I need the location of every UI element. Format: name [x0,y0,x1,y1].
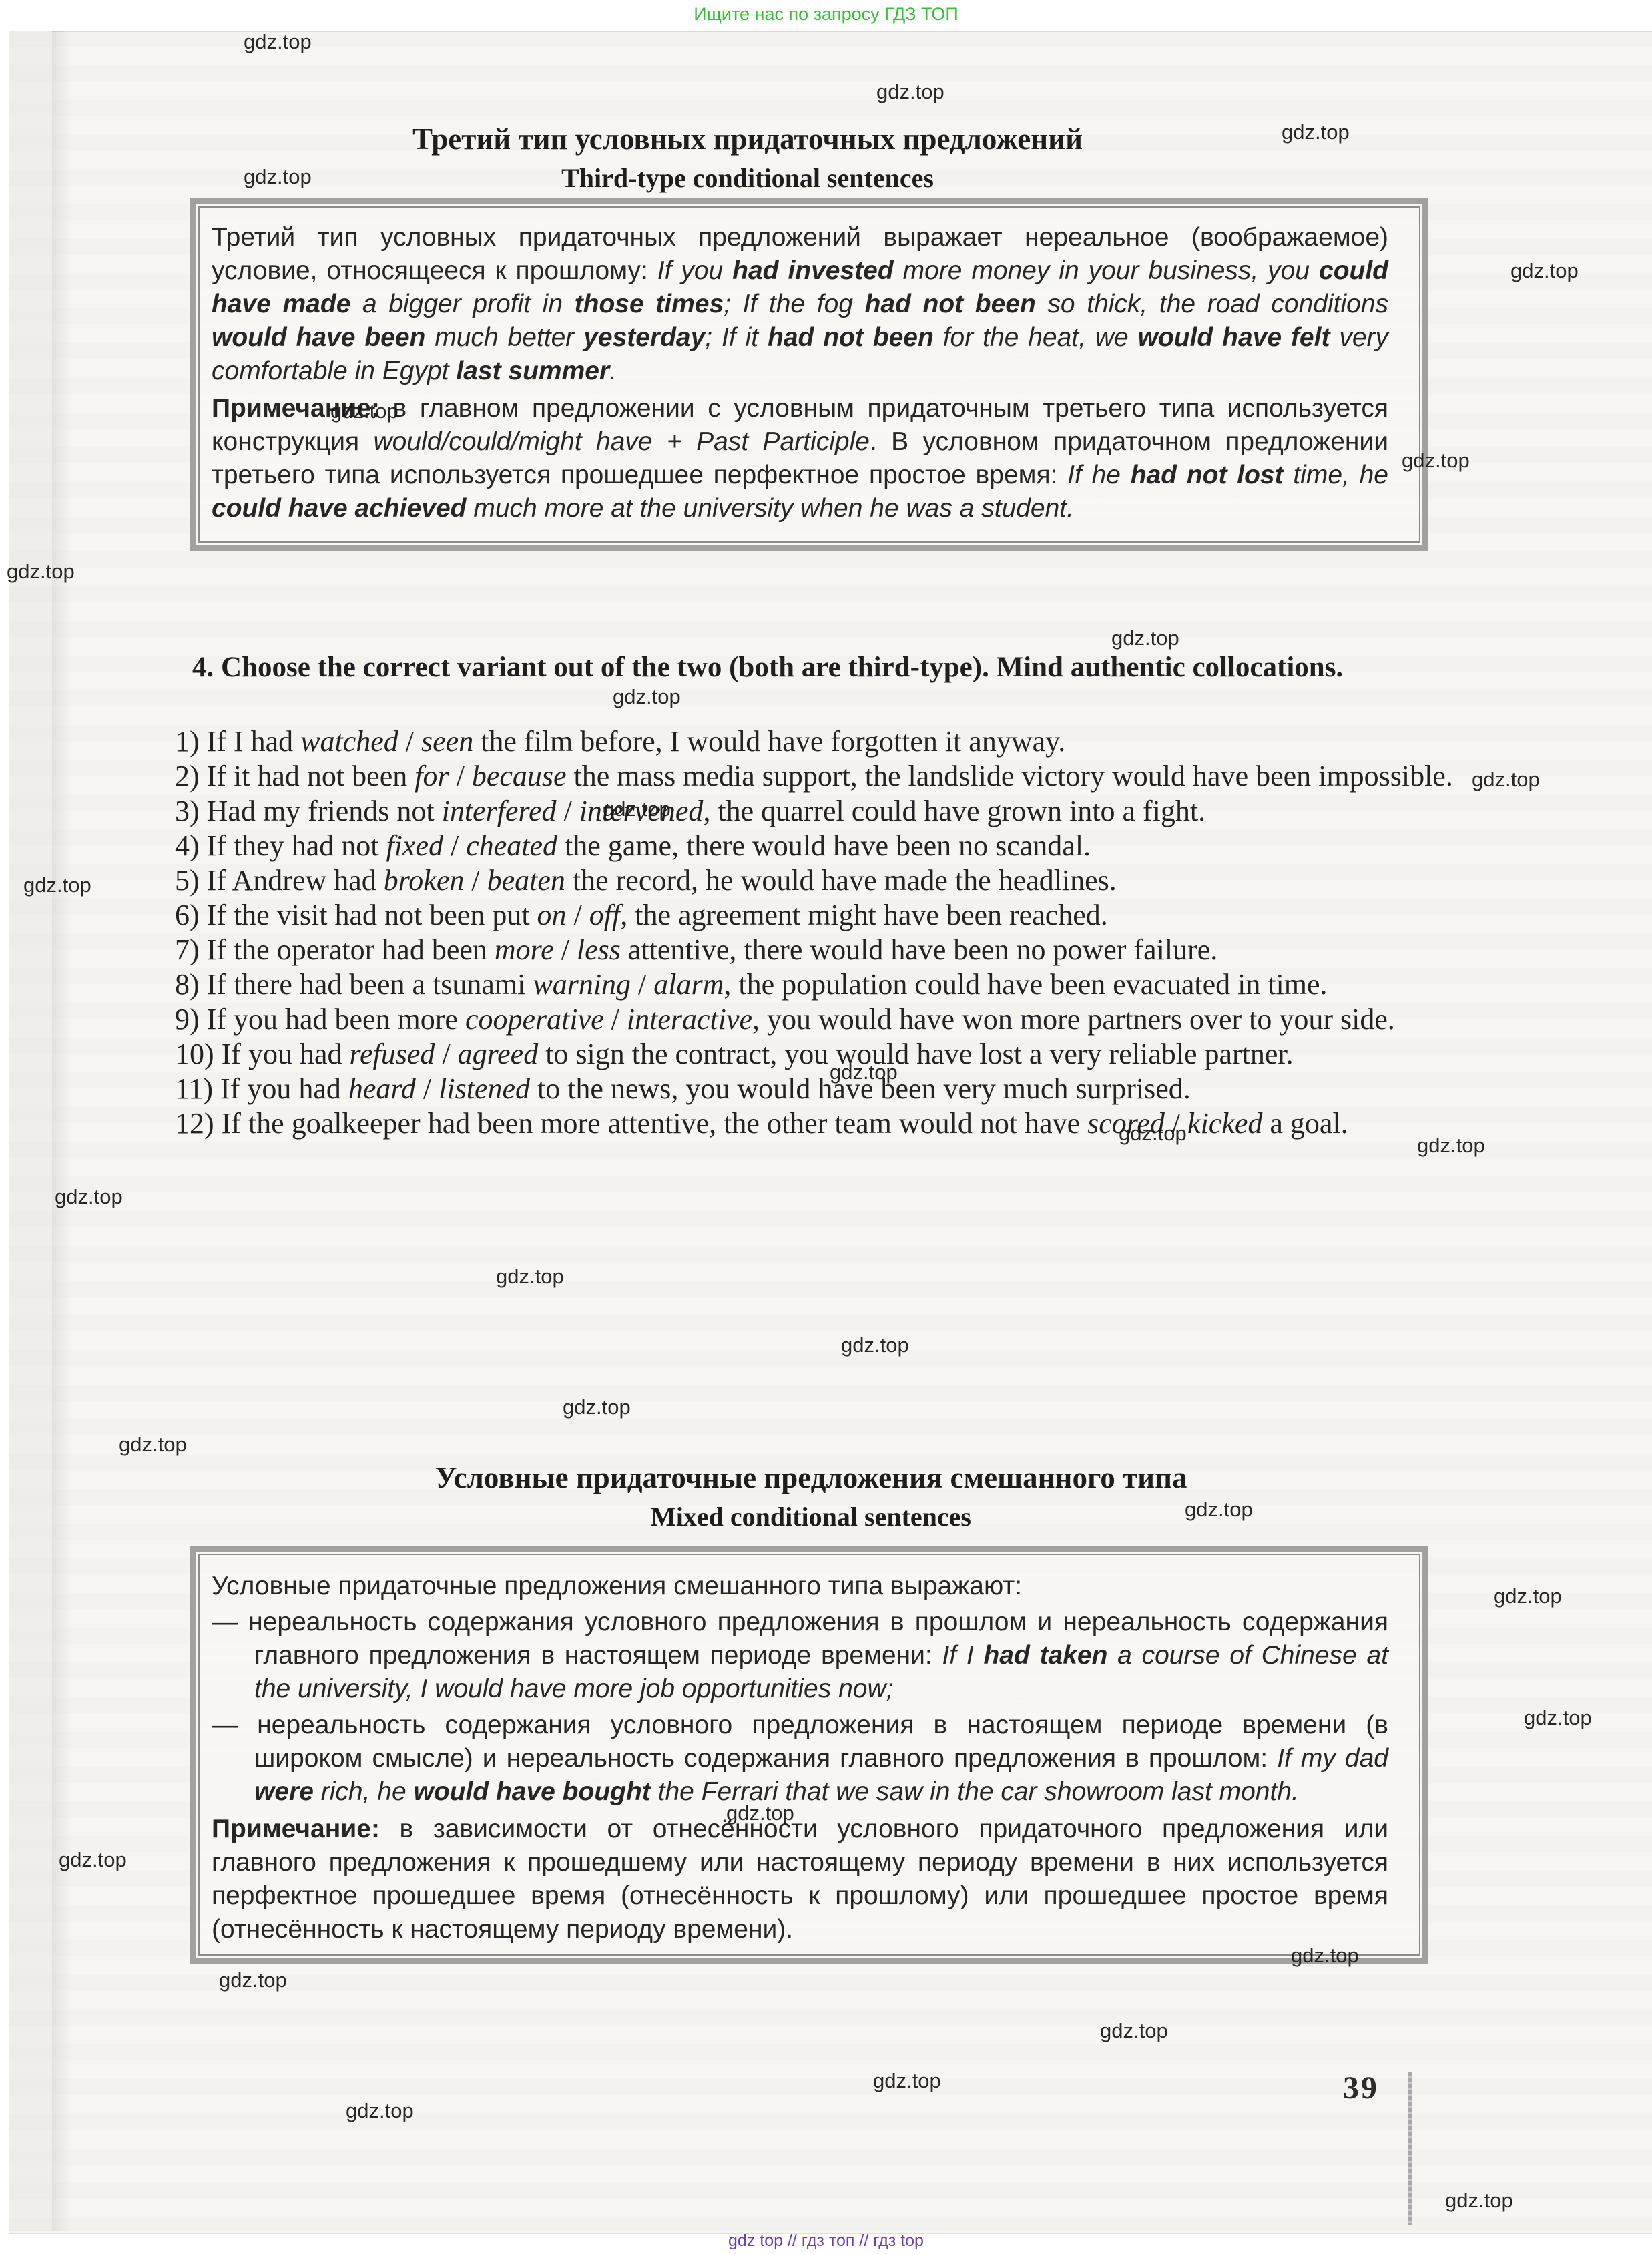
exercise-item: 10) If you had refused / agreed to sign … [175,1037,1476,1072]
gdz-watermark: gdz.top [1524,1706,1592,1730]
gdz-watermark: gdz.top [1282,120,1350,144]
scanned-textbook-page: Ищите нас по запросу ГДЗ ТОП Третий тип … [0,0,1652,2254]
gdz-watermark: gdz.top [1510,259,1579,283]
footer-text: gdz top // гдз топ // гдз top [0,2231,1652,2251]
grammar-paragraph: Третий тип условных придаточных предложе… [212,221,1388,388]
grammar-bullet: — нереальность содержания условного пред… [212,1709,1388,1809]
gdz-watermark: gdz.top [563,1395,631,1419]
section-title-third-type: Третий тип условных придаточных предложе… [154,122,1342,193]
gdz-watermark: gdz.top [119,1433,187,1457]
gdz-watermark: gdz.top [1291,1944,1359,1968]
grammar-note-2: Примечание: в зависимости от отнесённост… [212,1813,1388,1946]
section-title-en: Third-type conditional sentences [154,164,1342,193]
top-banner-text: Ищите нас по запросу ГДЗ ТОП [0,4,1652,25]
gdz-watermark: gdz.top [830,1060,898,1084]
gdz-watermark: gdz.top [1472,768,1540,792]
gdz-watermark: gdz.top [244,165,312,189]
gdz-watermark: gdz.top [1417,1134,1485,1158]
exercise-item: 8) If there had been a tsunami warning /… [175,967,1476,1002]
grammar-box-inner: Третий тип условных придаточных предложе… [198,206,1420,543]
gdz-watermark: gdz.top [1402,449,1470,473]
exercise-item: 12) If the goalkeeper had been more atte… [175,1106,1476,1141]
gdz-watermark: gdz.top [841,1333,909,1357]
exercise-item: 7) If the operator had been more / less … [175,933,1476,967]
grammar-intro: Условные придаточные предложения смешанн… [212,1570,1388,1603]
gdz-watermark: gdz.top [7,559,75,584]
grammar-box-mixed: Условные придаточные предложения смешанн… [190,1546,1428,1964]
gdz-watermark: gdz.top [55,1185,123,1209]
exercise-heading: 4. Choose the correct variant out of the… [175,649,1476,686]
gdz-watermark: gdz.top [496,1265,564,1289]
grammar-box-third-type: Третий тип условных придаточных предложе… [190,198,1428,551]
gdz-watermark: gdz.top [1185,1498,1253,1522]
exercise-item: 3) Had my friends not interfered / inter… [175,794,1476,829]
gdz-watermark: gdz.top [59,1848,127,1872]
gdz-watermark: gdz.top [219,1968,287,1992]
exercise-item: 6) If the visit had not been put on / of… [175,898,1476,933]
gdz-watermark: gdz.top [1494,1584,1562,1608]
exercise-item: 11) If you had heard / listened to the n… [175,1072,1476,1106]
gdz-watermark: gdz.top [613,685,681,709]
gdz-watermark: gdz.top [726,1801,794,1825]
gdz-watermark: gdz.top [603,797,671,821]
gdz-watermark: gdz.top [346,2099,414,2123]
section-title-ru-2: Условные придаточные предложения смешанн… [190,1461,1432,1496]
exercise-item: 2) If it had not been for / because the … [175,759,1476,794]
exercise-item: 5) If Andrew had broken / beaten the rec… [175,863,1476,898]
page-edge-line [1408,2072,1412,2225]
gdz-watermark: gdz.top [873,2069,941,2093]
gdz-watermark: gdz.top [1111,626,1179,650]
gdz-watermark: gdz.top [1119,1122,1187,1146]
exercise-items: 1) If I had watched / seen the film befo… [175,724,1476,1141]
gdz-watermark: gdz.top [23,873,91,897]
section-title-ru: Третий тип условных придаточных предложе… [154,122,1342,157]
exercise-item: 4) If they had not fixed / cheated the g… [175,829,1476,863]
gdz-watermark: gdz.top [330,399,398,423]
grammar-bullet: — нереальность содержания условного пред… [212,1606,1388,1706]
gdz-watermark: gdz.top [1445,2189,1513,2213]
exercise-item: 9) If you had been more cooperative / in… [175,1002,1476,1037]
grammar-box-inner-2: Условные придаточные предложения смешанн… [198,1554,1420,1956]
page-number: 39 [1343,2070,1379,2106]
gdz-watermark: gdz.top [876,80,944,104]
exercise-item: 1) If I had watched / seen the film befo… [175,724,1476,759]
gdz-watermark: gdz.top [1100,2019,1168,2043]
gdz-watermark: gdz.top [244,30,312,54]
